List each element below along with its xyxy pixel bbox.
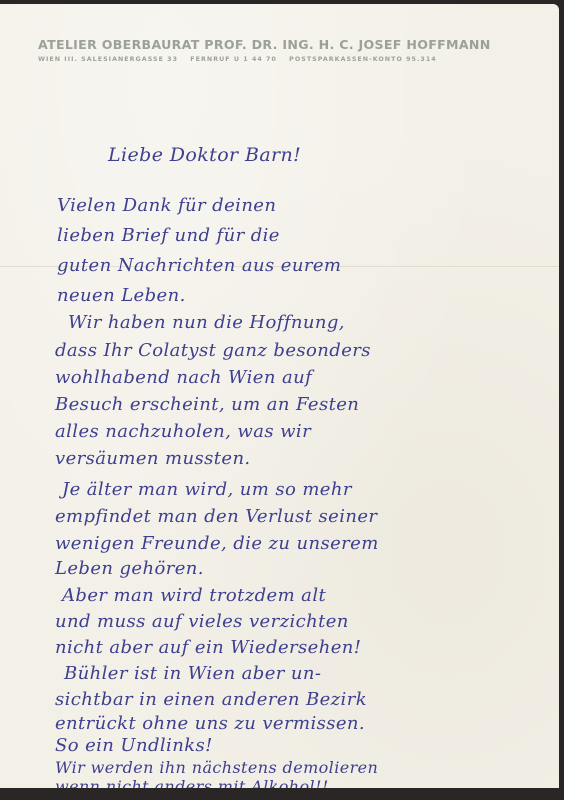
scanned-letter: ATELIER OBERBAURAT PROF. DR. ING. H. C. …: [0, 0, 564, 800]
letter-line: Bühler ist in Wien aber un-: [64, 662, 321, 686]
letterhead: ATELIER OBERBAURAT PROF. DR. ING. H. C. …: [38, 38, 518, 64]
letter-line: wohlhabend nach Wien auf: [55, 366, 312, 390]
letter-line: wenigen Freunde, die zu unserem: [55, 532, 379, 556]
letterhead-address: WIEN III. SALESIANERGASSE 33: [38, 56, 178, 63]
letterhead-phone: FERNRUF U 1 44 70: [190, 56, 277, 63]
letter-line: Wir haben nun die Hoffnung,: [68, 311, 345, 335]
letter-line: neuen Leben.: [57, 284, 186, 308]
letter-salutation: Liebe Doktor Barn!: [108, 144, 301, 166]
letter-line: lieben Brief und für die: [57, 224, 280, 248]
letter-line: und muss auf vieles verzichten: [55, 610, 349, 634]
letter-line: Vielen Dank für deinen: [57, 194, 276, 218]
letter-line: guten Nachrichten aus eurem: [57, 254, 341, 278]
letter-line: Besuch erscheint, um an Festen: [55, 393, 359, 417]
letter-line: alles nachzuholen, was wir: [55, 420, 311, 444]
letter-line: Je älter man wird, um so mehr: [62, 478, 352, 502]
letter-line: sichtbar in einen anderen Bezirk: [55, 688, 367, 712]
letter-line: empfindet man den Verlust seiner: [55, 505, 377, 529]
letter-line: entrückt ohne uns zu vermissen.: [55, 712, 365, 736]
letter-line: Aber man wird trotzdem alt: [62, 584, 326, 608]
letter-line: nicht aber auf ein Wiedersehen!: [55, 636, 361, 660]
letter-line: Leben gehören.: [55, 557, 204, 581]
letterhead-account: POSTSPARKASSEN-KONTO 95.314: [289, 56, 437, 63]
letterhead-title: ATELIER OBERBAURAT PROF. DR. ING. H. C. …: [38, 38, 518, 52]
letter-paper: ATELIER OBERBAURAT PROF. DR. ING. H. C. …: [0, 4, 559, 788]
letter-line: versäumen mussten.: [55, 447, 251, 471]
letter-line: wenn nicht anders mit Alkohol!!: [55, 775, 329, 788]
letter-line: dass Ihr Colatyst ganz besonders: [55, 339, 371, 363]
letterhead-contact: WIEN III. SALESIANERGASSE 33 FERNRUF U 1…: [38, 56, 518, 64]
letter-line: So ein Undlinks!: [55, 734, 213, 758]
